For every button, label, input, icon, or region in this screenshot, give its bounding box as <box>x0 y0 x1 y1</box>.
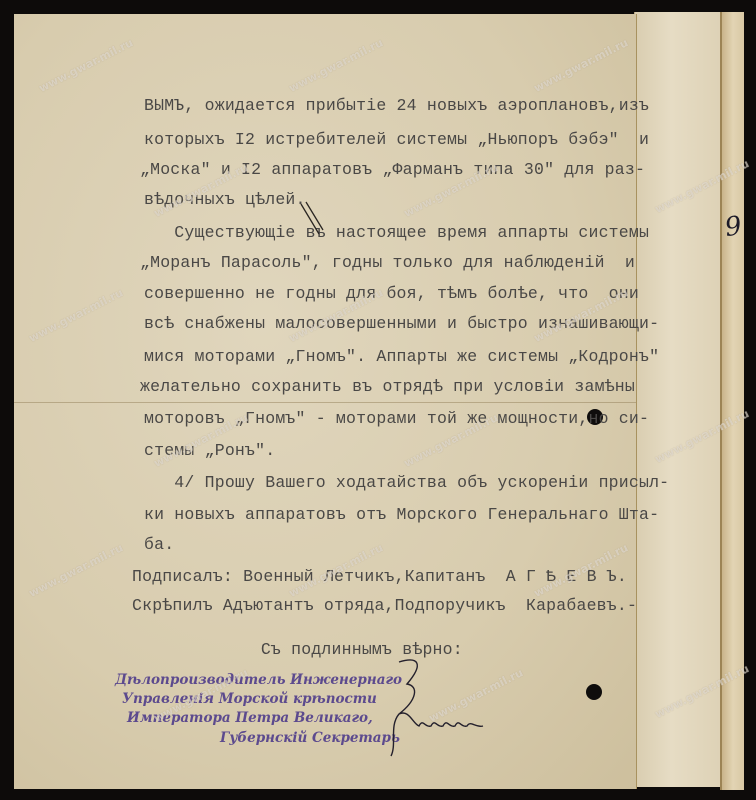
back-sheet <box>634 12 725 787</box>
stamp-line: Дѣлопроизводитель Инженернаго <box>115 672 402 688</box>
stamp-line: Губернскiй Секретарь <box>220 730 400 746</box>
typed-line: совершенно не годны для боя, тѣмъ болѣе,… <box>144 284 639 303</box>
typed-line: ВЫМЪ, ожидается прибытiе 24 новыхъ аэроп… <box>144 96 649 115</box>
document-page: ВЫМЪ, ожидается прибытiе 24 новыхъ аэроп… <box>14 14 636 789</box>
typed-line: желательно сохранить въ отрядѣ при услов… <box>140 377 635 396</box>
typed-line: 4/ Прошу Вашего ходатайства объ ускоренi… <box>144 473 669 492</box>
watermark: www.gwar.mil.ru <box>532 36 630 95</box>
typed-line: Существующiе въ настоящее время аппарты … <box>144 223 649 242</box>
punch-hole-icon <box>586 684 602 700</box>
countersigned-line: Скрѣпилъ Адъютантъ отряда,Подпоручикъ Ка… <box>132 596 637 615</box>
watermark: www.gwar.mil.ru <box>287 36 385 95</box>
stamp-line: Управленiя Морской крѣпости <box>122 691 377 707</box>
pen-mark-icon <box>297 200 327 240</box>
watermark: www.gwar.mil.ru <box>37 36 135 95</box>
typed-line: „Моранъ Парасоль", годны только для набл… <box>140 253 635 272</box>
typed-line: которыхъ I2 истребителей системы „Ньюпор… <box>144 130 649 149</box>
fold-line <box>14 402 636 403</box>
typed-line: мися моторами „Гномъ". Аппарты же систем… <box>144 347 659 366</box>
watermark: www.gwar.mil.ru <box>27 286 125 345</box>
typed-line: ба. <box>144 535 174 554</box>
watermark: www.gwar.mil.ru <box>27 541 125 600</box>
typed-line: ки новыхъ аппаратовъ отъ Морского Генера… <box>144 505 659 524</box>
